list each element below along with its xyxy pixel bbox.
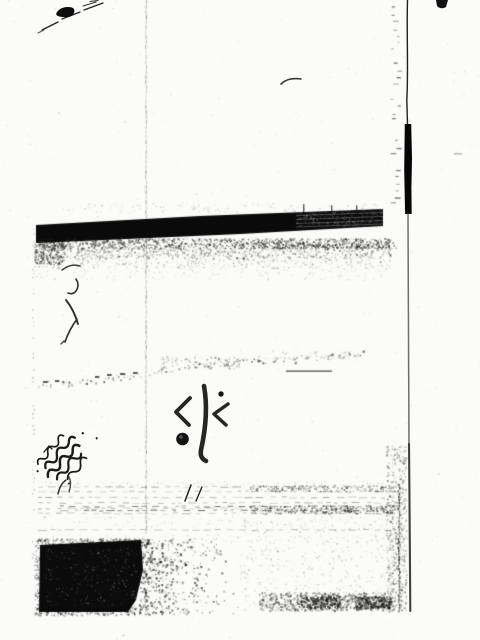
scanned-page: Black-and-white photocopy scan of an arc… xyxy=(0,0,480,640)
signature-scribble xyxy=(29,417,108,495)
small-tally-marks xyxy=(185,485,202,501)
large-numeral-marks xyxy=(176,386,228,461)
left-curl-marks xyxy=(61,265,80,344)
top-right-smudge xyxy=(436,0,448,8)
right-edge-line xyxy=(404,0,412,611)
ink-marks-layer xyxy=(0,0,480,640)
top-left-pen-stroke xyxy=(38,1,103,34)
top-comma-mark xyxy=(281,79,301,84)
small-curve-mark xyxy=(58,477,71,494)
